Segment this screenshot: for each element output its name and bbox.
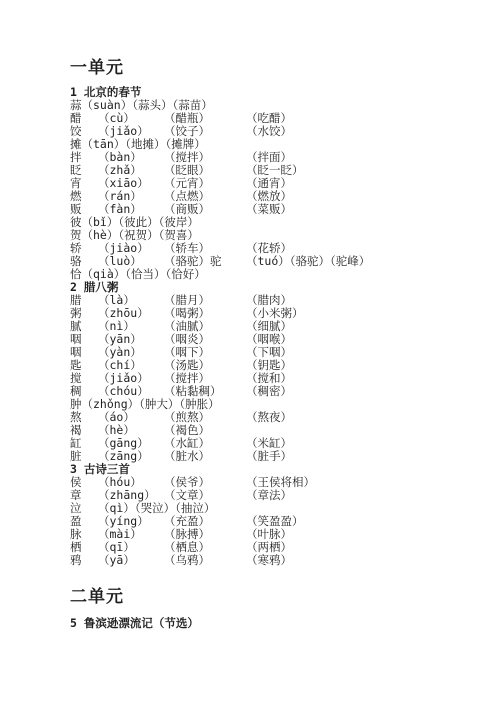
entry-word-2: （菜贩） (246, 203, 292, 216)
entry-word-2: （熬夜） (246, 411, 292, 424)
entry-word-2: （脏手） (246, 450, 292, 463)
entry-word-2: （寒鸦） (246, 554, 292, 567)
entry-word-2: （tuó）（骆驼）（驼峰） (246, 255, 370, 268)
entry-word-2: （章法） (246, 489, 292, 502)
entry-row: 鸦（yā）（乌鸦）（寒鸦） (70, 554, 472, 567)
entry-word-2: （水饺） (246, 125, 292, 138)
unit-heading: 二单元 (70, 587, 472, 607)
entry-word-1: （脏水） (164, 450, 246, 463)
lesson-heading: 5 鲁滨逊漂流记（节选） (70, 617, 472, 630)
entry-row: 恰（qià）（恰当）（恰好） (70, 268, 472, 281)
scanned-document-page: 一单元1 北京的春节蒜（suàn）（蒜头）（蒜苗）醋（cù）（醋瓶）（吃醋）饺（… (0, 0, 500, 707)
entry-word-2: （稠密） (246, 385, 292, 398)
entry-row: 脏（zāng）（脏水）（脏手） (70, 450, 472, 463)
entry-char: 鸦 (70, 554, 98, 567)
vocabulary-list: 一单元1 北京的春节蒜（suàn）（蒜头）（蒜苗）醋（cù）（醋瓶）（吃醋）饺（… (0, 0, 500, 630)
entry-pinyin: （yā） (98, 554, 164, 567)
unit-heading: 一单元 (70, 58, 472, 78)
entry-word-1: （乌鸦） (164, 554, 246, 567)
